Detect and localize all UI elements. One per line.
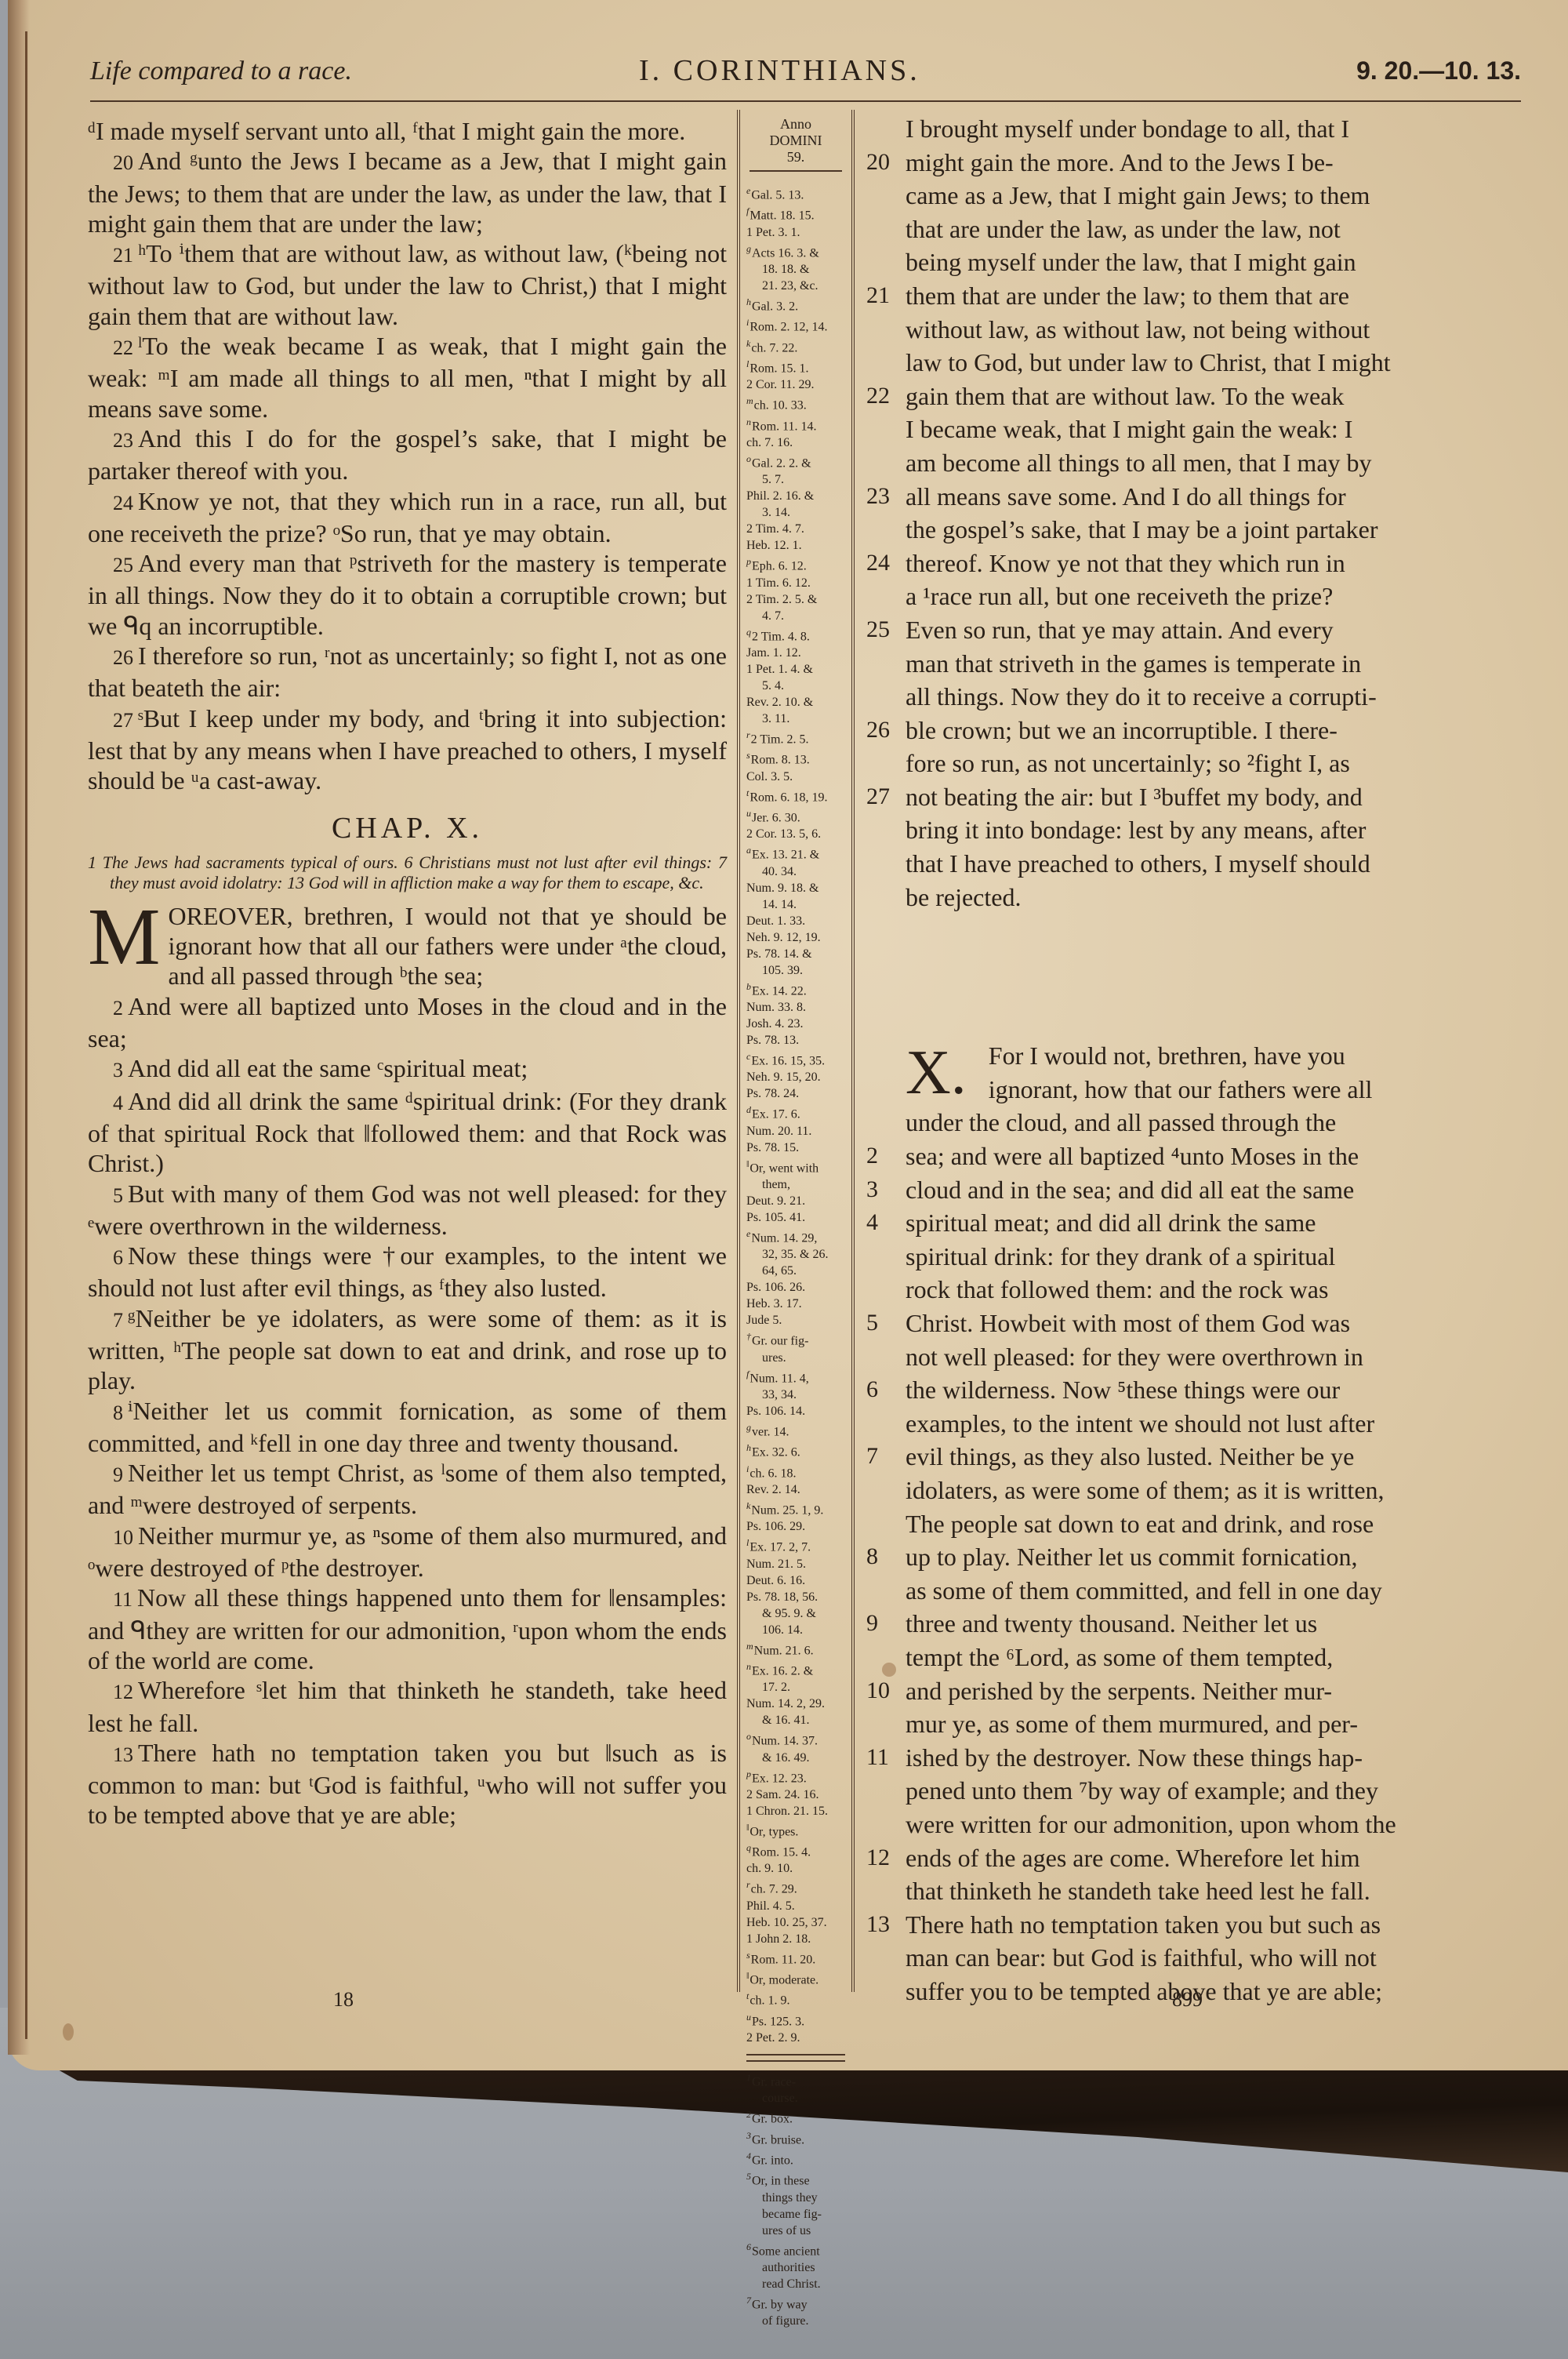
verse-number: 9 bbox=[113, 1463, 123, 1486]
reference-line: ch. 9. 10. bbox=[746, 1860, 845, 1877]
line-text: thereof. Know ye not that they which run… bbox=[906, 549, 1345, 577]
running-head-range: 9. 20.—10. 13. bbox=[1356, 56, 1521, 85]
reference-marker: 3 bbox=[746, 2130, 751, 2141]
reference-marker: g bbox=[746, 1422, 751, 1433]
kjv-chapter-9: ᵈI made myself servant unto all, ᶠthat I… bbox=[88, 116, 727, 796]
reference-line: pEx. 12. 23. bbox=[746, 1766, 845, 1787]
reference-line: 5Or, in these bbox=[746, 2168, 845, 2189]
rv-line: being myself under the law, that I might… bbox=[906, 245, 1517, 279]
reference-marker: ‖ bbox=[746, 1158, 749, 1169]
reference-line: fMatt. 18. 15. bbox=[746, 203, 845, 224]
verse: 2And were all baptized unto Moses in the… bbox=[88, 991, 727, 1054]
line-text: I became weak, that I might gain the wea… bbox=[906, 415, 1352, 443]
reference-line: Heb. 12. 1. bbox=[746, 537, 845, 554]
line-text: mur ye, as some of them murmured, and pe… bbox=[906, 1710, 1358, 1738]
reference-line: cEx. 16. 15, 35. bbox=[746, 1049, 845, 1069]
reference-line: ures of us bbox=[746, 2223, 845, 2239]
reference-line: lRom. 15. 1. bbox=[746, 356, 845, 376]
reference-line: uJer. 6. 30. bbox=[746, 805, 845, 826]
kjv-chapter-10: 2And were all baptized unto Moses in the… bbox=[88, 991, 727, 1830]
chapter-gap bbox=[906, 914, 1517, 1039]
verse-number: 5 bbox=[113, 1184, 123, 1207]
rv-line: ignorant, how that our fathers were all bbox=[906, 1073, 1517, 1107]
reference-text: Gr. box. bbox=[752, 2113, 793, 2126]
reference-text: 2 Cor. 13. 5, 6. bbox=[746, 827, 821, 841]
rv-line: as some of them committed, and fell in o… bbox=[906, 1574, 1517, 1608]
verse: 25And every man that ᵖstriveth for the m… bbox=[88, 548, 727, 641]
reference-line: 1 Tim. 6. 12. bbox=[746, 575, 845, 591]
line-text: spiritual meat; and did all drink the sa… bbox=[906, 1209, 1316, 1237]
reference-text: 2 Tim. 2. 5. bbox=[751, 732, 809, 746]
rv-line: 26ble crown; but we an incorruptible. I … bbox=[906, 714, 1517, 747]
rv-line: that are under the law, as under the law… bbox=[906, 213, 1517, 246]
reference-text: 2 Tim. 4. 8. bbox=[752, 630, 810, 643]
reference-marker: e bbox=[746, 185, 750, 196]
reference-text: Num. 25. 1, 9. bbox=[751, 1503, 823, 1517]
rv-line: 21them that are under the law; to them t… bbox=[906, 279, 1517, 313]
kjv-column: ᵈI made myself servant unto all, ᶠthat I… bbox=[88, 116, 727, 1830]
reference-line: 33, 34. bbox=[746, 1387, 845, 1403]
rv-line: 27not beating the air: but I ³buffet my … bbox=[906, 780, 1517, 814]
rv-line: all things. Now they do it to receive a … bbox=[906, 680, 1517, 714]
verse-text: Now all these things happened unto them … bbox=[88, 1583, 727, 1674]
rv-line: mur ye, as some of them murmured, and pe… bbox=[906, 1707, 1517, 1741]
reference-line: Ps. 78. 15. bbox=[746, 1140, 845, 1156]
rv-line: were written for our admonition, upon wh… bbox=[906, 1808, 1517, 1841]
reference-line: Neh. 9. 12, 19. bbox=[746, 929, 845, 946]
verse-text: Now these things were †our examples, to … bbox=[88, 1241, 727, 1302]
rv-line: under the cloud, and all passed through … bbox=[906, 1106, 1517, 1140]
rv-line: that thinketh he standeth take heed lest… bbox=[906, 1874, 1517, 1908]
reference-text: of figure. bbox=[762, 2314, 809, 2328]
reference-line: 105. 39. bbox=[746, 962, 845, 979]
reference-line: nEx. 16. 2. & bbox=[746, 1659, 845, 1679]
reference-text: Or, moderate. bbox=[750, 1973, 818, 1986]
reference-marker: p bbox=[746, 556, 751, 567]
anno-domini: Anno DOMINI 59. bbox=[746, 110, 845, 165]
reference-marker: i bbox=[746, 1463, 749, 1474]
reference-text: Ex. 17. 2, 7. bbox=[750, 1541, 811, 1554]
header-rule bbox=[90, 100, 1521, 102]
reference-marker: r bbox=[746, 1879, 750, 1890]
reference-text: Gal. 2. 2. & bbox=[752, 456, 811, 470]
reference-text: 33, 34. bbox=[762, 1388, 797, 1401]
verse-number: 23 bbox=[113, 429, 133, 452]
reference-line: 3. 14. bbox=[746, 504, 845, 521]
reference-line: Ps. 106. 26. bbox=[746, 1279, 845, 1296]
reference-line: 3. 11. bbox=[746, 711, 845, 727]
reference-text: ures of us bbox=[762, 2224, 811, 2237]
marginal-references: Anno DOMINI 59. eGal. 5. 13.fMatt. 18. 1… bbox=[737, 110, 855, 1992]
reference-line: qRom. 15. 4. bbox=[746, 1840, 845, 1860]
rv-line: 5Christ. Howbeit with most of them God w… bbox=[906, 1307, 1517, 1340]
verse: 12Wherefore ˢlet him that thinketh he st… bbox=[88, 1675, 727, 1738]
reference-text: Rom. 11. 20. bbox=[751, 1953, 816, 1966]
reference-text: Ps. 105. 41. bbox=[746, 1211, 805, 1224]
reference-text: Eph. 6. 12. bbox=[752, 560, 807, 573]
reference-line: & 16. 41. bbox=[746, 1712, 845, 1728]
reference-text: Phil. 2. 16. & bbox=[746, 489, 814, 503]
line-text: idolaters, as were some of them; as it i… bbox=[906, 1476, 1385, 1504]
line-text: them that are under the law; to them tha… bbox=[906, 282, 1349, 310]
reference-marker: o bbox=[746, 453, 751, 464]
reference-text: 105. 39. bbox=[762, 964, 803, 977]
line-text: bring it into bondage: lest by any means… bbox=[906, 816, 1366, 844]
reference-marker: t bbox=[746, 1990, 749, 2001]
reference-line: eNum. 14. 29, bbox=[746, 1226, 845, 1246]
reference-marker: 4 bbox=[746, 2150, 751, 2161]
rv-line: 24thereof. Know ye not that they which r… bbox=[906, 547, 1517, 580]
reference-text: Heb. 12. 1. bbox=[746, 539, 802, 552]
reference-line: Phil. 2. 16. & bbox=[746, 488, 845, 504]
verse-number: 3 bbox=[866, 1173, 878, 1207]
line-text: Even so run, that ye may attain. And eve… bbox=[906, 616, 1334, 644]
reference-line: tRom. 6. 18, 19. bbox=[746, 785, 845, 805]
verse: ᵈI made myself servant unto all, ᶠthat I… bbox=[88, 116, 727, 146]
reference-marker: s bbox=[746, 750, 750, 761]
reference-line: hGal. 3. 2. bbox=[746, 294, 845, 314]
rv-line: 20might gain the more. And to the Jews I… bbox=[906, 146, 1517, 180]
rv-line: 25Even so run, that ye may attain. And e… bbox=[906, 613, 1517, 647]
verse-number: 11 bbox=[113, 1588, 132, 1611]
verse-text: ᵍNeither be ye idolaters, as were some o… bbox=[88, 1304, 727, 1395]
line-text: I brought myself under bondage to all, t… bbox=[906, 114, 1349, 143]
reference-text: 64, 65. bbox=[762, 1264, 797, 1278]
reference-text: Gr. into. bbox=[752, 2154, 793, 2167]
reference-line: tch. 1. 9. bbox=[746, 1988, 845, 2008]
reference-text: Ps. 106. 29. bbox=[746, 1520, 805, 1533]
reference-line: 40. 34. bbox=[746, 863, 845, 880]
verse: 10Neither murmur ye, as ⁿsome of them al… bbox=[88, 1521, 727, 1583]
reference-text: Rom. 2. 12, 14. bbox=[750, 321, 827, 334]
reference-line: of figure. bbox=[746, 2313, 845, 2329]
reference-line: 7Gr. by way bbox=[746, 2292, 845, 2313]
line-text: be rejected. bbox=[906, 883, 1021, 911]
reference-line: bEx. 14. 22. bbox=[746, 979, 845, 999]
reference-text: Some ancient bbox=[752, 2245, 820, 2258]
reference-text: Jam. 1. 12. bbox=[746, 646, 801, 660]
reference-text: ch. 6. 18. bbox=[750, 1467, 796, 1480]
rv-line: 8up to play. Neither let us commit forni… bbox=[906, 1540, 1517, 1574]
rv-column: I brought myself under bondage to all, t… bbox=[906, 112, 1517, 2008]
line-text: not well pleased: for they were overthro… bbox=[906, 1343, 1363, 1371]
reference-marker: ‖ bbox=[746, 1822, 749, 1833]
reference-line: & 95. 9. & bbox=[746, 1605, 845, 1622]
reference-line: things they bbox=[746, 2190, 845, 2206]
reference-text: ch. 7. 29. bbox=[751, 1883, 797, 1896]
anno-rule bbox=[750, 170, 842, 172]
reference-line: course. bbox=[746, 2090, 845, 2106]
reference-marker: 2 bbox=[746, 2109, 751, 2120]
year-label: 59. bbox=[746, 149, 845, 165]
verse: 27ˢBut I keep under my body, and ᵗbring … bbox=[88, 703, 727, 796]
verse: 22ˡTo the weak became I as weak, that I … bbox=[88, 331, 727, 423]
reference-line: Ps. 106. 14. bbox=[746, 1403, 845, 1419]
reference-line: & 16. 49. bbox=[746, 1750, 845, 1766]
rv-line: rock that followed them: and the rock wa… bbox=[906, 1273, 1517, 1307]
reference-line: 17. 2. bbox=[746, 1679, 845, 1696]
reference-text: Num. 20. 11. bbox=[746, 1125, 811, 1138]
verse: 13There hath no temptation taken you but… bbox=[88, 1738, 727, 1830]
reference-line: 3Gr. bruise. bbox=[746, 2128, 845, 2148]
reference-text: Num. 21. 5. bbox=[746, 1558, 806, 1571]
line-text: under the cloud, and all passed through … bbox=[906, 1108, 1336, 1136]
reference-line: oNum. 14. 37. bbox=[746, 1728, 845, 1749]
reference-line: kch. 7. 22. bbox=[746, 336, 845, 356]
reference-line: authorities bbox=[746, 2259, 845, 2276]
reference-marker: l bbox=[746, 1537, 749, 1548]
verse-text: ᵈI made myself servant unto all, ᶠthat I… bbox=[88, 117, 685, 145]
verse-number: 27 bbox=[866, 780, 890, 814]
reference-text: 14. 14. bbox=[762, 898, 797, 911]
line-text: that thinketh he standeth take heed lest… bbox=[906, 1877, 1370, 1905]
reference-line: 5. 7. bbox=[746, 471, 845, 488]
rv-chapter-10-lines: For I would not, brethren, have youignor… bbox=[906, 1039, 1517, 2008]
verse-number: 7 bbox=[866, 1440, 878, 1474]
verse: 8ⁱNeither let us commit fornication, as … bbox=[88, 1396, 727, 1459]
reference-text: Ps. 78. 15. bbox=[746, 1141, 799, 1154]
cross-references: eGal. 5. 13.fMatt. 18. 15.1 Pet. 3. 1.gA… bbox=[746, 183, 845, 2046]
line-text: might gain the more. And to the Jews I b… bbox=[906, 148, 1334, 176]
reference-marker: n bbox=[746, 416, 751, 427]
reference-marker: 5 bbox=[746, 2171, 751, 2182]
reference-text: things they bbox=[762, 2191, 818, 2205]
reference-text: 5. 4. bbox=[762, 679, 784, 692]
reference-marker: m bbox=[746, 395, 753, 406]
reference-marker: n bbox=[746, 1661, 751, 1672]
reference-text: them, bbox=[762, 1178, 790, 1191]
reference-line: 1 Chron. 21. 15. bbox=[746, 1803, 845, 1819]
reference-text: & 95. 9. & bbox=[762, 1607, 816, 1620]
verse: 7ᵍNeither be ye idolaters, as were some … bbox=[88, 1303, 727, 1396]
verse-number: 26 bbox=[866, 714, 890, 747]
verse-text: And did all drink the same ᵈspiritual dr… bbox=[88, 1087, 727, 1178]
reference-marker: p bbox=[746, 1768, 751, 1779]
reference-text: Heb. 3. 17. bbox=[746, 1297, 802, 1310]
verse-text: And this I do for the gospel’s sake, tha… bbox=[88, 424, 727, 485]
line-text: pened unto them ⁷by way of example; and … bbox=[906, 1776, 1378, 1805]
reference-line: became fig- bbox=[746, 2206, 845, 2223]
reference-text: Rom. 15. 1. bbox=[750, 362, 808, 375]
rv-line: examples, to the intent we should not lu… bbox=[906, 1407, 1517, 1441]
reference-line: Ps. 78. 24. bbox=[746, 1085, 845, 1102]
rv-line: pened unto them ⁷by way of example; and … bbox=[906, 1774, 1517, 1808]
reference-line: Rev. 2. 10. & bbox=[746, 694, 845, 711]
reference-text: Deut. 1. 33. bbox=[746, 914, 805, 928]
verse-text: Neither let us tempt Christ, as ˡsome of… bbox=[88, 1459, 727, 1519]
line-text: that are under the law, as under the law… bbox=[906, 215, 1341, 243]
line-text: and perished by the serpents. Neither mu… bbox=[906, 1677, 1332, 1705]
line-text: am become all things to all men, that I … bbox=[906, 449, 1372, 477]
reference-line: them, bbox=[746, 1176, 845, 1193]
reference-text: read Christ. bbox=[762, 2277, 821, 2291]
reference-text: Num. 14. 29, bbox=[751, 1231, 817, 1245]
reference-text: Neh. 9. 15, 20. bbox=[746, 1070, 821, 1084]
rv-line: 6the wilderness. Now ⁵these things were … bbox=[906, 1373, 1517, 1407]
verse-text: And were all baptized unto Moses in the … bbox=[88, 992, 727, 1052]
line-text: three and twenty thousand. Neither let u… bbox=[906, 1609, 1317, 1637]
reference-line: mch. 10. 33. bbox=[746, 393, 845, 413]
reference-text: 1 Pet. 1. 4. & bbox=[746, 663, 813, 676]
reference-line: oGal. 2. 2. & bbox=[746, 451, 845, 471]
reference-line: 2Gr. box. bbox=[746, 2106, 845, 2127]
reference-marker: q bbox=[746, 627, 751, 638]
reference-line: 4Gr. into. bbox=[746, 2148, 845, 2168]
line-text: the wilderness. Now ⁵these things were o… bbox=[906, 1376, 1340, 1404]
reference-text: Ps. 106. 26. bbox=[746, 1281, 805, 1294]
reference-line: Ps. 78. 18, 56. bbox=[746, 1589, 845, 1605]
verse: 9Neither let us tempt Christ, as ˡsome o… bbox=[88, 1458, 727, 1521]
reference-text: Num. 14. 2, 29. bbox=[746, 1697, 825, 1710]
verse-number: 13 bbox=[866, 1908, 890, 1942]
reference-marker: r bbox=[746, 729, 750, 740]
reference-text: Ps. 78. 24. bbox=[746, 1087, 799, 1100]
line-text: as some of them committed, and fell in o… bbox=[906, 1576, 1382, 1605]
verse-number: 13 bbox=[113, 1743, 133, 1766]
reference-text: 2 Sam. 24. 16. bbox=[746, 1788, 818, 1801]
verse-number: 10 bbox=[113, 1526, 133, 1549]
reference-text: ch. 10. 33. bbox=[754, 399, 807, 413]
verse: 20And ᵍunto the Jews I became as a Jew, … bbox=[88, 146, 727, 238]
reference-text: Or, types. bbox=[750, 1825, 798, 1838]
verse-number: 2 bbox=[866, 1140, 878, 1173]
line-text: For I would not, brethren, have you bbox=[989, 1041, 1345, 1070]
reference-text: became fig- bbox=[762, 2208, 822, 2221]
verse-number: 22 bbox=[113, 336, 133, 359]
reference-text: Gal. 5. 13. bbox=[751, 188, 804, 202]
paper-stain bbox=[63, 2023, 74, 2041]
verse-number: 7 bbox=[113, 1309, 123, 1332]
reference-text: ures. bbox=[762, 1351, 786, 1365]
reference-line: iRom. 2. 12, 14. bbox=[746, 314, 845, 335]
verse-text: Neither murmur ye, as ⁿsome of them also… bbox=[88, 1521, 727, 1582]
line-text: sea; and were all baptized ⁴unto Moses i… bbox=[906, 1142, 1359, 1170]
chapter-title: CHAP. X. bbox=[88, 813, 727, 843]
reference-text: 17. 2. bbox=[762, 1681, 790, 1694]
revised-version-notes: 1Gr. race-course.2Gr. box.3Gr. bruise.4G… bbox=[746, 2070, 845, 2329]
reference-line: Heb. 3. 17. bbox=[746, 1296, 845, 1312]
reference-line: Phil. 4. 5. bbox=[746, 1898, 845, 1914]
reference-text: Ex. 13. 21. & bbox=[752, 849, 819, 862]
rv-line: 13There hath no temptation taken you but… bbox=[906, 1908, 1517, 1942]
reference-text: 1 John 2. 18. bbox=[746, 1932, 811, 1946]
reference-text: Gr. our fig- bbox=[752, 1335, 808, 1348]
verse-text: ⁱNeither let us commit fornication, as s… bbox=[88, 1397, 727, 1457]
verse-number: 20 bbox=[113, 151, 133, 174]
reference-text: Rom. 8. 13. bbox=[751, 754, 810, 767]
rv-line: idolaters, as were some of them; as it i… bbox=[906, 1474, 1517, 1507]
reference-text: Gr. bruise. bbox=[752, 2133, 804, 2146]
reference-text: Gr. race- bbox=[752, 2075, 796, 2088]
reference-line: Ps. 78. 13. bbox=[746, 1032, 845, 1049]
verse-text: And every man that ᵖstriveth for the mas… bbox=[88, 549, 727, 640]
reference-marker: u bbox=[746, 2012, 751, 2023]
reference-text: ch. 1. 9. bbox=[750, 1994, 789, 2008]
line-text: Christ. Howbeit with most of them God wa… bbox=[906, 1309, 1350, 1337]
verse-number: 12 bbox=[866, 1841, 890, 1875]
reference-text: course. bbox=[762, 2092, 798, 2105]
verse: 6Now these things were †our examples, to… bbox=[88, 1241, 727, 1303]
reference-marker: q bbox=[746, 1842, 751, 1853]
reference-text: Ex. 17. 6. bbox=[752, 1108, 800, 1121]
reference-text: Ps. 78. 18, 56. bbox=[746, 1590, 818, 1604]
line-text: man that striveth in the games is temper… bbox=[906, 649, 1361, 678]
line-text: There hath no temptation taken you but s… bbox=[906, 1910, 1381, 1939]
reference-line: ‖Or, types. bbox=[746, 1819, 845, 1840]
reference-text: 1 Chron. 21. 15. bbox=[746, 1805, 828, 1818]
reference-line: Ps. 106. 29. bbox=[746, 1518, 845, 1535]
verse-number: 3 bbox=[113, 1059, 123, 1081]
reference-text: ch. 7. 16. bbox=[746, 436, 793, 449]
reference-text: Ex. 16. 2. & bbox=[752, 1664, 813, 1677]
line-text: gain them that are without law. To the w… bbox=[906, 382, 1344, 410]
rv-line: 7evil things, as they also lusted. Neith… bbox=[906, 1440, 1517, 1474]
line-text: tempt the ⁶Lord, as some of them tempted… bbox=[906, 1643, 1333, 1671]
gutter-line bbox=[25, 31, 27, 2039]
verse: 26I therefore so run, ʳnot as uncertainl… bbox=[88, 641, 727, 703]
reference-marker: ‖ bbox=[746, 1970, 749, 1981]
reference-text: & 16. 41. bbox=[762, 1714, 809, 1727]
reference-marker: i bbox=[746, 317, 749, 328]
reference-line: 2 Cor. 13. 5, 6. bbox=[746, 826, 845, 842]
reference-text: Ex. 16. 15, 35. bbox=[751, 1054, 825, 1067]
reference-text: 2 Tim. 2. 5. & bbox=[746, 593, 817, 606]
notes-rule bbox=[746, 2054, 845, 2062]
reference-text: 1 Pet. 3. 1. bbox=[746, 226, 800, 239]
reference-line: Num. 20. 11. bbox=[746, 1123, 845, 1140]
domini-label: DOMINI bbox=[746, 133, 845, 149]
rv-line: 2sea; and were all baptized ⁴unto Moses … bbox=[906, 1140, 1517, 1173]
reference-line: Num. 9. 18. & bbox=[746, 880, 845, 896]
reference-text: Or, went with bbox=[750, 1161, 818, 1175]
line-text: ble crown; but we an incorruptible. I th… bbox=[906, 716, 1338, 744]
verse-number: 10 bbox=[866, 1674, 890, 1708]
line-text: up to play. Neither let us commit fornic… bbox=[906, 1543, 1357, 1571]
verse-text: ˡTo the weak became I as weak, that I mi… bbox=[88, 332, 727, 423]
rv-line: without law, as without law, not being w… bbox=[906, 313, 1517, 347]
reference-marker: g bbox=[746, 243, 751, 254]
reference-marker: k bbox=[746, 338, 750, 349]
rv-chapter-10: X. For I would not, brethren, have youig… bbox=[906, 1039, 1517, 2008]
rv-line: a ¹race run all, but one receiveth the p… bbox=[906, 580, 1517, 613]
verse-number: 27 bbox=[113, 709, 133, 732]
verse-number: 25 bbox=[113, 554, 133, 576]
reference-line: dEx. 17. 6. bbox=[746, 1102, 845, 1122]
reference-text: Ps. 125. 3. bbox=[752, 2015, 804, 2028]
verse-text: ˢBut I keep under my body, and ᵗbring it… bbox=[88, 704, 727, 795]
line-text: ignorant, how that our fathers were all bbox=[989, 1075, 1373, 1103]
reference-text: 2 Cor. 11. 29. bbox=[746, 378, 815, 391]
rv-line: am become all things to all men, that I … bbox=[906, 446, 1517, 480]
reference-line: 18. 18. & bbox=[746, 261, 845, 278]
reference-text: Gr. by way bbox=[752, 2298, 808, 2311]
reference-line: 4. 7. bbox=[746, 608, 845, 624]
reference-line: ‖Or, went with bbox=[746, 1156, 845, 1176]
reference-text: Gal. 3. 2. bbox=[752, 300, 798, 313]
reference-line: ures. bbox=[746, 1350, 845, 1366]
reference-text: ver. 14. bbox=[752, 1425, 789, 1438]
reference-text: Acts 16. 3. & bbox=[752, 246, 819, 260]
reference-text: 21. 23, &c. bbox=[762, 279, 818, 293]
running-head-book: I. CORINTHIANS. bbox=[639, 53, 920, 88]
reference-line: Neh. 9. 15, 20. bbox=[746, 1069, 845, 1085]
line-text: all means save some. And I do all things… bbox=[906, 482, 1346, 511]
page-number-left: 18 bbox=[333, 1988, 354, 2012]
reference-marker: h bbox=[746, 296, 751, 307]
reference-text: 106. 14. bbox=[762, 1623, 803, 1637]
book-page: Life compared to a race. I. CORINTHIANS.… bbox=[8, 0, 1568, 2070]
drop-cap: M bbox=[88, 904, 160, 970]
